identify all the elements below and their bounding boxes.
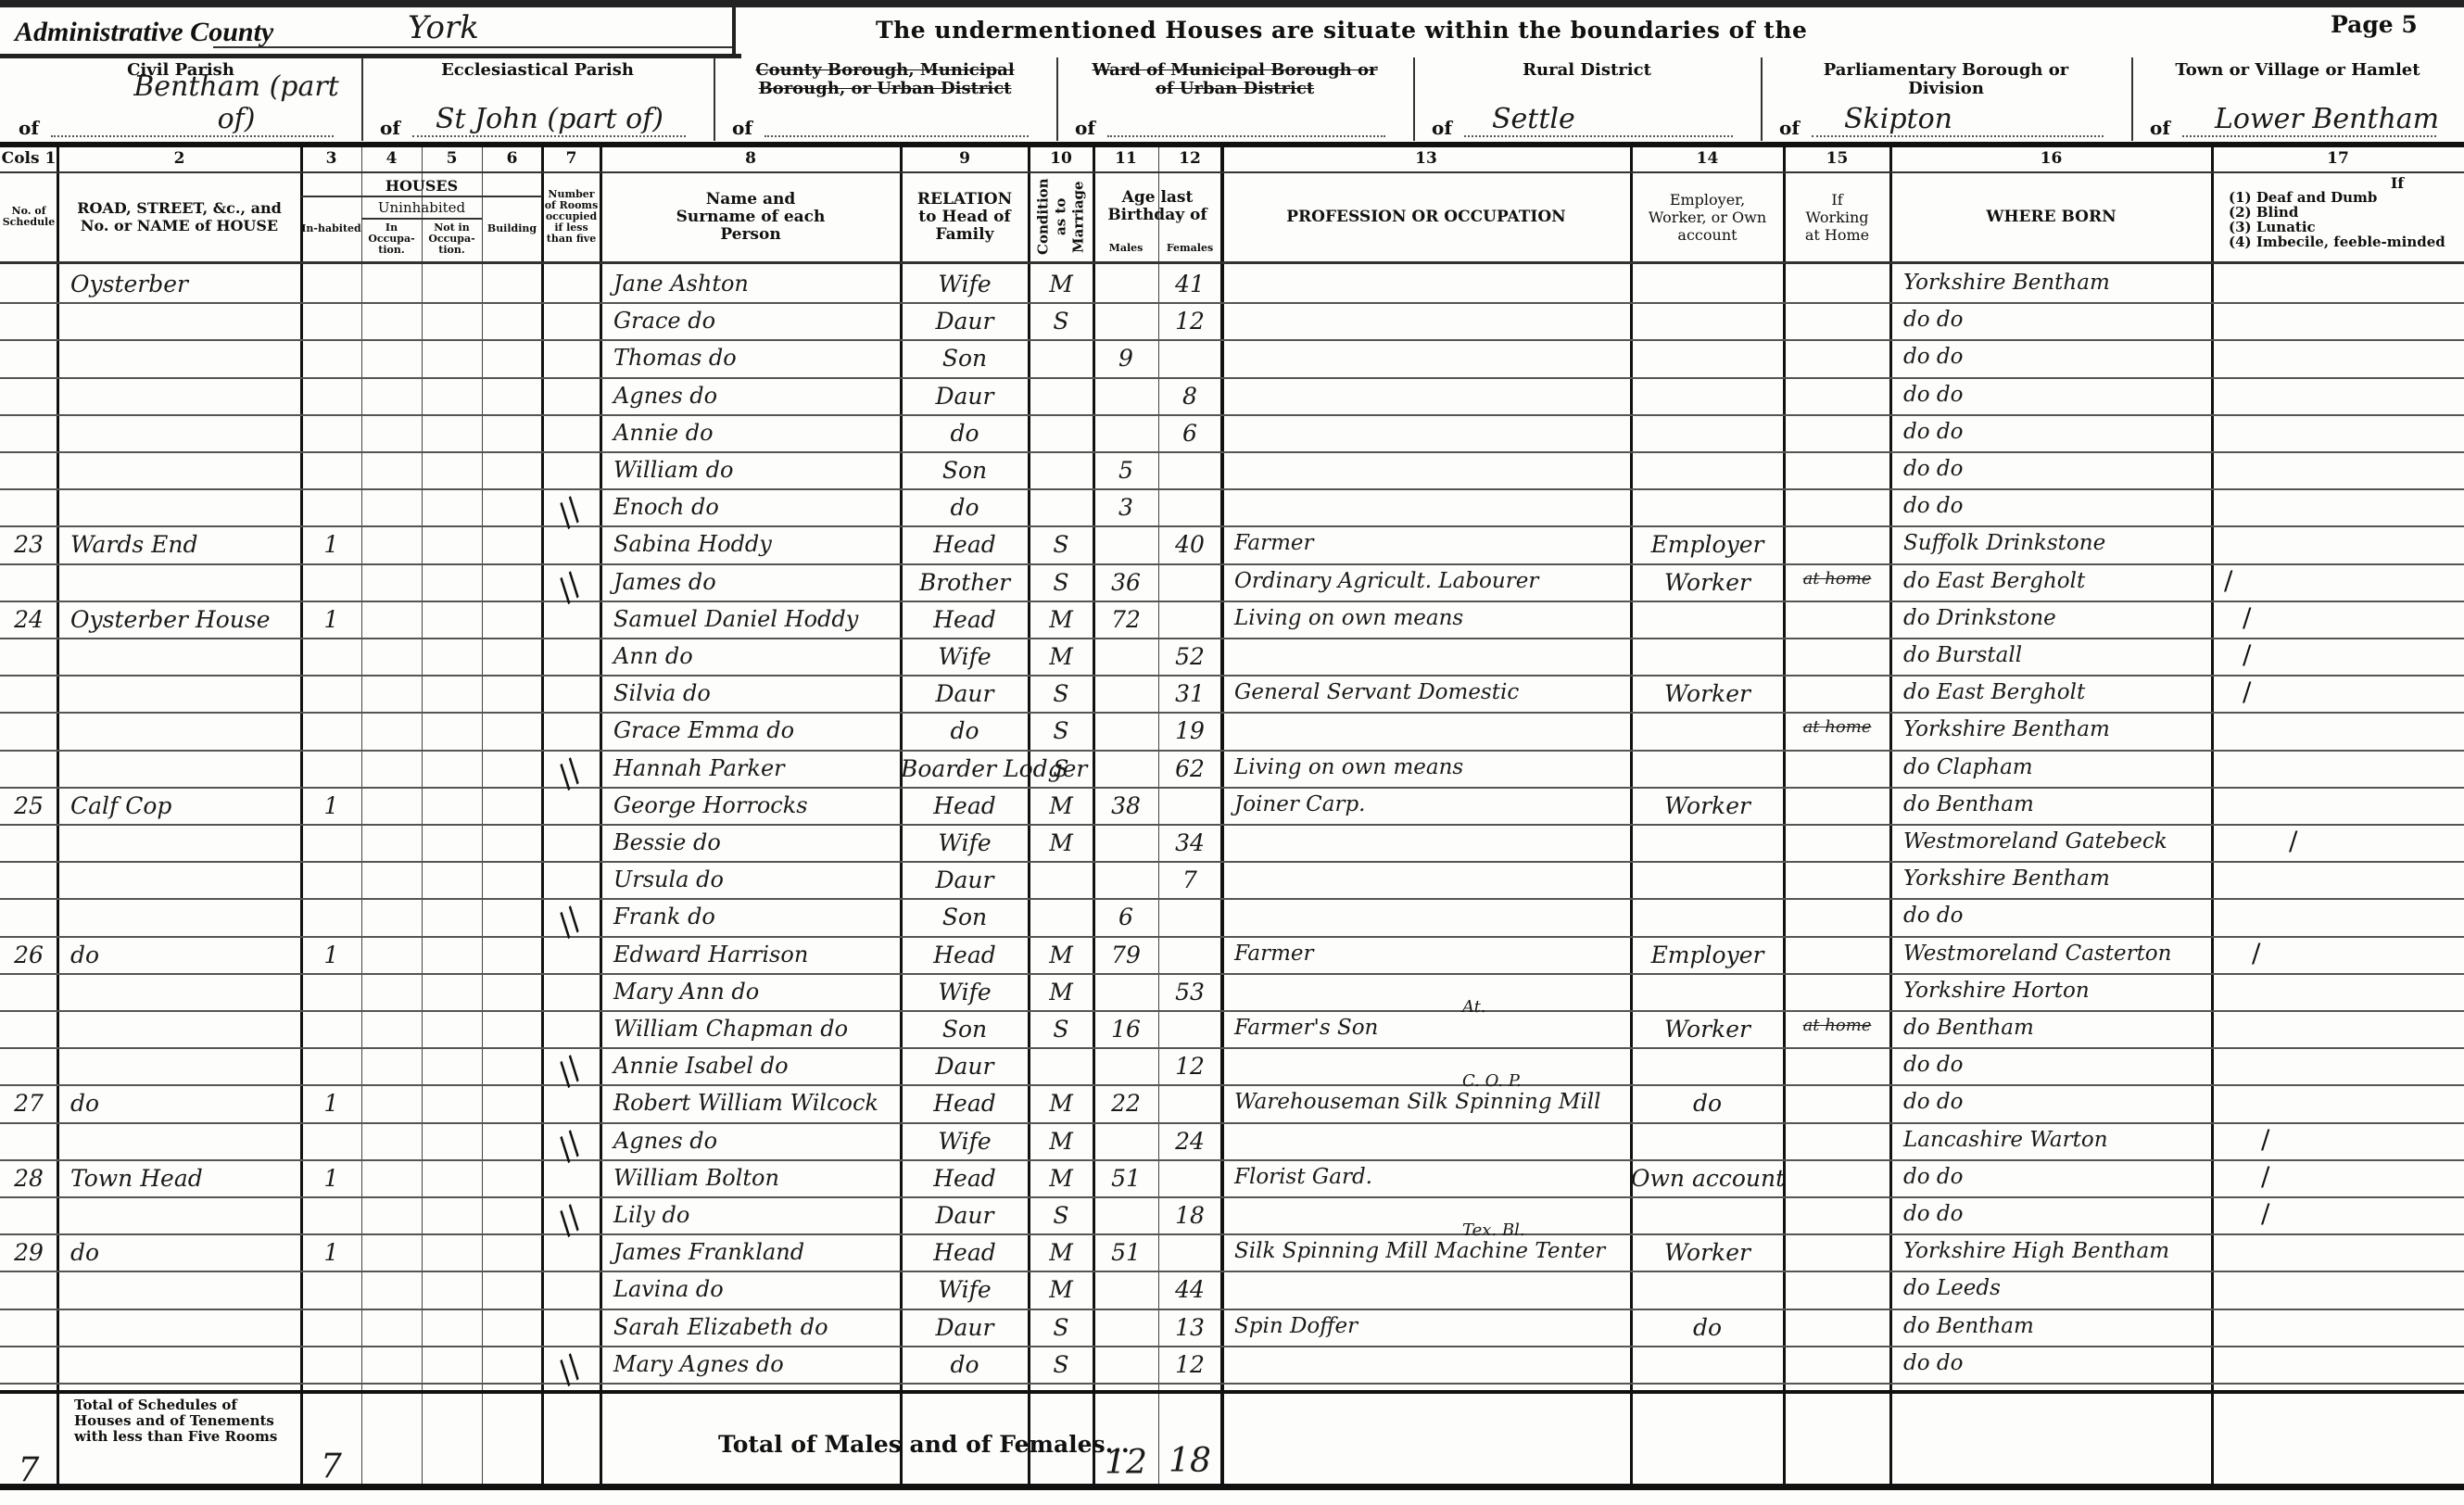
row-rule [0,638,2464,639]
cell-schedule: 23 [0,531,57,558]
cell-condition: S [1029,717,1093,744]
infirmity-header: (1) Deaf and Dumb(2) Blind(3) Lunatic(4)… [2229,190,2460,249]
cell-relation: do [901,420,1029,447]
cell-condition: S [1029,1314,1093,1341]
cell-condition: M [1029,1165,1093,1192]
cell-name: Frank do [613,904,897,930]
cell-relation: Head [901,1239,1029,1266]
cell-occupation: Silk Spinning Mill Machine Tenter [1234,1239,1627,1263]
cell-name: Grace do [613,308,897,334]
cell-schedule: 29 [0,1239,57,1266]
cell-relation: Wife [901,271,1029,297]
infirmity-tick-mark: / [2243,602,2251,633]
row-rule [0,1383,2464,1385]
cell-relation: Daur [901,1053,1029,1080]
area-underline [1464,135,1733,137]
cell-born: Lancashire Warton [1903,1128,2208,1152]
cell-condition: M [1029,792,1093,819]
cell-name: Hannah Parker [613,755,897,781]
schedules-total-label: Total of Schedules of Houses and of Tene… [74,1397,297,1445]
cell-male-age: 5 [1093,457,1158,484]
infirmity-tick-mark: / [2243,677,2251,707]
table-row: Mary Ann doWifeM53Yorkshire Horton [0,979,2464,1010]
area-underline [2182,135,2436,137]
area-value[interactable]: Skipton [1844,103,1952,135]
cell-employer: do [1631,1090,1784,1117]
row-rule [0,563,2464,565]
cell-relation: Head [901,531,1029,558]
cell-name: Bessie do [613,829,897,855]
cell-male-age: 38 [1093,792,1158,819]
cell-condition: M [1029,1090,1093,1117]
cell-born: do do [1903,1090,2208,1114]
area-underline [51,135,334,137]
infirmity-tick-mark: / [2261,1124,2269,1155]
cell-male-age: 51 [1093,1239,1158,1266]
occupation-annotation: At. [1462,997,1486,1017]
cell-relation: Daur [901,308,1029,335]
row-rule [0,861,2464,863]
cell-inhabited: 1 [301,531,361,558]
cell-born: Suffolk Drinkstone [1903,531,2208,555]
cell-name: James Frankland [613,1239,897,1265]
area-label: Ecclesiastical Parish [361,57,714,80]
cell-inhabited: 1 [301,1239,361,1266]
cell-employer: Employer [1631,531,1784,558]
cell-female-age: 12 [1158,1053,1221,1080]
cell-born: do Drinkstone [1903,606,2208,630]
infirmity-option: (4) Imbecile, feeble-minded [2229,234,2460,249]
cell-name: Annie do [613,420,897,446]
column-number: 13 [1221,149,1631,168]
column-number: 3 [301,149,361,168]
cell-at-home: at home [1784,717,1890,737]
cell-employer: Worker [1631,1239,1784,1266]
table-row: 23Wards End1Sabina HoddyHeadS40FarmerEmp… [0,531,2464,563]
cell-relation: Wife [901,1128,1029,1155]
table-row: Sarah Elizabeth doDaurS13Spin Dofferdodo… [0,1314,2464,1346]
admin-county-label: Administrative County [15,17,273,48]
page-top-border [0,0,2464,7]
table-row: Lavina doWifeM44do Leeds [0,1276,2464,1308]
cell-relation: Daur [901,866,1029,893]
cell-born: do Clapham [1903,755,2208,779]
houses-rule [301,196,542,197]
row-rule [0,936,2464,938]
table-row: Mary Agnes dodoS12do do// [0,1351,2464,1383]
cell-born: do do [1903,1053,2208,1077]
table-row: Thomas doSon9do do [0,345,2464,376]
row-rule [0,1010,2464,1012]
cell-male-age: 79 [1093,942,1158,968]
cell-born: do East Bergholt [1903,569,2208,593]
column-number: 8 [600,149,901,168]
males-females-total-label: Total of Males and of Females... [718,1431,1130,1458]
cell-name: William Bolton [613,1165,897,1191]
cell-name: Agnes do [613,383,897,409]
column-number: 17 [2212,149,2464,168]
column-number: 5 [422,149,482,168]
cell-road: Town Head [70,1165,297,1192]
column-header: Number of Rooms occupied if less than fi… [542,175,600,259]
table-row: Bessie doWifeM34Westmoreland Gatebeck [0,829,2464,861]
table-row: OysterberJane AshtonWifeM41Yorkshire Ben… [0,271,2464,302]
area-4: Rural DistrictofSettle [1413,57,1761,143]
cell-born: Yorkshire Bentham [1903,717,2208,741]
cell-born: do do [1903,904,2208,928]
infirmity-tick-mark: / [2261,1161,2269,1192]
row-rule [0,451,2464,453]
row-rule [0,1346,2464,1347]
cell-road: Calf Cop [70,792,297,819]
area-underline [1107,135,1385,137]
header-rule [0,171,2464,173]
cell-born: do do [1903,1202,2208,1226]
row-rule [0,1233,2464,1235]
column-header: Name and Surname of each Person [600,175,901,259]
cell-born: do Bentham [1903,1016,2208,1040]
cell-born: do do [1903,494,2208,518]
cell-name: Ann do [613,643,897,669]
cell-condition: S [1029,1351,1093,1378]
area-value[interactable]: Lower Bentham [2215,103,2439,135]
cell-born: do East Bergholt [1903,680,2208,704]
table-row: Agnes doWifeM24Lancashire Warton// [0,1128,2464,1159]
cell-inhabited: 1 [301,606,361,633]
cell-male-age: 51 [1093,1165,1158,1192]
cell-born: do do [1903,1165,2208,1189]
row-rule [0,675,2464,677]
cell-occupation: Farmer [1234,531,1627,555]
cell-occupation: Warehouseman Silk Spinning Mill [1234,1090,1627,1114]
cell-female-age: 13 [1158,1314,1221,1341]
area-of-label: of [19,117,39,139]
cell-male-age: 6 [1093,904,1158,930]
row-rule [0,601,2464,602]
cell-relation: Daur [901,383,1029,410]
cell-occupation: Farmer [1234,942,1627,966]
table-row: Lily doDaurS18do do// [0,1202,2464,1233]
table-row: 27do1Robert William WilcockHeadM22Wareho… [0,1090,2464,1121]
row-rule [0,898,2464,900]
cell-born: do do [1903,1351,2208,1375]
cell-born: Westmoreland Gatebeck [1903,829,2208,854]
area-label: County Borough, Municipal Borough, or Ur… [714,57,1056,98]
infirmity-tick-mark: / [2243,639,2251,670]
cell-condition: S [1029,1016,1093,1043]
cell-condition: S [1029,680,1093,707]
cell-relation: Son [901,1016,1029,1043]
cell-road: Oysterber [70,271,297,297]
column-number: 4 [361,149,422,168]
area-of-label: of [2150,117,2170,139]
cell-female-age: 40 [1158,531,1221,558]
table-row: James doBrotherS36Ordinary Agricult. Lab… [0,569,2464,601]
cell-born: do do [1903,420,2208,444]
cell-relation: Head [901,606,1029,633]
area-3: Ward of Municipal Borough or of Urban Di… [1056,57,1413,143]
cell-female-age: 31 [1158,680,1221,707]
cell-relation: Head [901,942,1029,968]
cell-road: Oysterber House [70,606,297,633]
area-divider [1761,57,1763,141]
cell-occupation: Living on own means [1234,755,1627,779]
cell-female-age: 41 [1158,271,1221,297]
area-5: Parliamentary Borough or DivisionofSkipt… [1761,57,2131,143]
cell-condition: M [1029,606,1093,633]
cell-condition: M [1029,979,1093,1005]
row-rule [0,414,2464,416]
admin-county-underline [213,46,732,48]
table-row: 24Oysterber House1Samuel Daniel HoddyHea… [0,606,2464,638]
table-row: Hannah ParkerBoarder LodgerS62Living on … [0,755,2464,787]
cell-name: Agnes do [613,1128,897,1154]
column-number: 9 [901,149,1029,168]
area-value[interactable]: Bentham (part of) [111,70,361,135]
cell-relation: Wife [901,829,1029,856]
row-rule [0,1047,2464,1049]
cell-born: do do [1903,308,2208,332]
area-underline [1812,135,2104,137]
header-divider [732,7,736,56]
cell-name: Ursula do [613,866,897,892]
occupation-annotation: Tex. Bl. [1462,1220,1525,1240]
cell-female-age: 53 [1158,979,1221,1005]
cell-born: do Bentham [1903,792,2208,816]
table-row: 25Calf Cop1George HorrocksHeadM38Joiner … [0,792,2464,824]
cell-relation: Son [901,904,1029,930]
cell-born: Yorkshire Horton [1903,979,2208,1003]
column-number: 15 [1784,149,1890,168]
table-row: Annie dodo6do do [0,420,2464,451]
cell-name: George Horrocks [613,792,897,818]
infirmity-option: (1) Deaf and Dumb [2229,190,2460,205]
row-rule [0,377,2464,379]
cell-born: Yorkshire Bentham [1903,271,2208,295]
totals-rule [0,1390,2464,1394]
column-number: 2 [57,149,301,168]
area-of-label: of [1432,117,1452,139]
cell-relation: Daur [901,1202,1029,1229]
cell-occupation: Farmer's Son [1234,1016,1627,1040]
column-header: Females [1158,238,1221,259]
cell-name: Lily do [613,1202,897,1228]
page-number: Page 5 [2331,11,2418,38]
cell-male-age: 16 [1093,1016,1158,1043]
cell-born: do Leeds [1903,1276,2208,1300]
cell-relation: Head [901,1165,1029,1192]
cell-name: Robert William Wilcock [613,1090,897,1116]
cell-schedule: 27 [0,1090,57,1117]
males-total-value: 12 [1093,1444,1158,1482]
table-row: Grace doDaurS12do do [0,308,2464,339]
column-number: Cols 1 [0,149,57,168]
cell-employer: Employer [1631,942,1784,968]
cell-schedule: 24 [0,606,57,633]
area-label: Parliamentary Borough or Division [1761,57,2131,98]
column-header: WHERE BORN [1890,175,2212,259]
cell-employer: Worker [1631,680,1784,707]
cell-relation: Daur [901,680,1029,707]
row-rule [0,787,2464,789]
area-of-label: of [732,117,752,139]
row-rule [0,973,2464,975]
column-header: In Occupa-tion. [361,220,422,259]
area-label: Ward of Municipal Borough or of Urban Di… [1056,57,1413,98]
table-row: 29do1James FranklandHeadM51Silk Spinning… [0,1239,2464,1271]
column-number: 7 [542,149,600,168]
cell-born: do do [1903,383,2208,407]
cell-born: Westmoreland Casterton [1903,942,2208,966]
cell-name: Lavina do [613,1276,897,1302]
area-divider [1056,57,1058,141]
cell-relation: Daur [901,1314,1029,1341]
area-of-label: of [1779,117,1800,139]
row-rule [0,1084,2464,1086]
column-number: 6 [482,149,542,168]
cell-name: Mary Agnes do [613,1351,897,1377]
area-6: Town or Village or HamletofLower Bentham [2131,57,2464,143]
infirmity-option: (3) Lunatic [2229,220,2460,234]
cell-female-age: 18 [1158,1202,1221,1229]
column-header: In-habited [301,198,361,259]
column-header: PROFESSION OR OCCUPATION [1221,175,1631,259]
cell-name: James do [613,569,897,595]
cell-male-age: 72 [1093,606,1158,633]
cell-name: Samuel Daniel Hoddy [613,606,897,632]
cell-male-age: 9 [1093,345,1158,372]
cell-name: William do [613,457,897,483]
cell-female-age: 62 [1158,755,1221,782]
infirmity-tick-mark: / [2261,1198,2269,1229]
area-divider [1413,57,1415,141]
intro-text: The undermentioned Houses are situate wi… [876,17,1807,44]
cell-name: Jane Ashton [613,271,897,297]
cell-employer: do [1631,1314,1784,1341]
header-bottom-rule [0,261,2464,264]
cell-male-age: 22 [1093,1090,1158,1117]
census-table: Cols 1234567891011121314151617No. of Sch… [0,147,2464,1505]
cell-inhabited: 1 [301,792,361,819]
cell-name: Sabina Hoddy [613,531,897,557]
cell-employer: Worker [1631,792,1784,819]
cell-condition: M [1029,1276,1093,1303]
age-header: Age last Birthday of [1093,179,1221,234]
row-rule [0,339,2464,341]
column-header: Building [482,198,542,259]
cell-condition: S [1029,755,1093,782]
area-value[interactable]: St John (part of) [436,103,663,135]
cell-occupation: Ordinary Agricult. Labourer [1234,569,1627,593]
occupation-annotation: C. O. P. [1462,1071,1522,1091]
cell-born: do Burstall [1903,643,2208,667]
cell-occupation: Joiner Carp. [1234,792,1627,816]
cell-road: do [70,1090,297,1117]
column-number: 16 [1890,149,2212,168]
cell-female-age: 52 [1158,643,1221,670]
cell-relation: Head [901,792,1029,819]
table-row: Ann doWifeM52do Burstall [0,643,2464,675]
cell-condition: S [1029,569,1093,596]
column-header: Condition as to Marriage [1029,175,1093,259]
column-header: Employer, Worker, or Own account [1631,175,1784,259]
cell-female-age: 6 [1158,420,1221,447]
cell-name: Grace Emma do [613,717,897,743]
table-row: Frank doSon6do do// [0,904,2464,935]
cell-born: do do [1903,345,2208,369]
column-header: Not in Occupa-tion. [422,220,482,259]
area-2: County Borough, Municipal Borough, or Ur… [714,57,1056,143]
area-divider [361,57,363,141]
cell-male-age: 3 [1093,494,1158,521]
cell-female-age: 8 [1158,383,1221,410]
row-rule [0,525,2464,527]
table-row: William doSon5do do [0,457,2464,488]
cell-relation: Wife [901,979,1029,1005]
cell-name: Sarah Elizabeth do [613,1314,897,1340]
cell-employer: Own account [1631,1165,1784,1192]
table-row: Grace Emma dodoS19at homeYorkshire Benth… [0,717,2464,749]
area-0: Civil ParishofBentham (part of) [0,57,361,143]
row-rule [0,302,2464,304]
infirmity-tick-mark: / [2224,565,2232,596]
cell-born: do Bentham [1903,1314,2208,1338]
table-row: William Chapman doSonS16Farmer's SonWork… [0,1016,2464,1047]
cell-female-age: 12 [1158,1351,1221,1378]
column-header: No. of Schedule [0,175,57,259]
admin-county-value: York [408,9,479,46]
column-number: 12 [1158,149,1221,168]
cell-occupation: Spin Doffer [1234,1314,1627,1338]
row-rule [0,1196,2464,1198]
cell-relation: Son [901,457,1029,484]
area-divider [2131,57,2133,141]
cell-born: do do [1903,457,2208,481]
cell-inhabited: 1 [301,1090,361,1117]
area-divider [714,57,715,141]
cell-schedule: 26 [0,942,57,968]
cell-employer: Worker [1631,569,1784,596]
area-underline [764,135,1029,137]
census-page: Administrative County York The underment… [0,0,2464,1505]
cell-road: Wards End [70,531,297,558]
table-row: 28Town Head1William BoltonHeadM51Florist… [0,1165,2464,1196]
table-row: Ursula doDaur7Yorkshire Bentham [0,866,2464,898]
cell-condition: M [1029,829,1093,856]
cell-relation: do [901,1351,1029,1378]
area-of-label: of [1075,117,1095,139]
area-of-label: of [380,117,400,139]
table-row: Silvia doDaurS31General Servant Domestic… [0,680,2464,712]
row-rule [0,488,2464,490]
row-rule [0,1271,2464,1272]
area-1: Ecclesiastical ParishofSt John (part of) [361,57,714,143]
area-label: Town or Village or Hamlet [2131,57,2464,80]
cell-born: Yorkshire High Bentham [1903,1239,2208,1263]
houses-header: HOUSES [301,175,542,196]
bottom-rule [0,1484,2464,1490]
cell-male-age: 36 [1093,569,1158,596]
cell-female-age: 34 [1158,829,1221,856]
column-header: RELATION to Head of Family [901,175,1029,259]
cell-inhabited: 1 [301,942,361,968]
row-rule [0,750,2464,752]
area-value[interactable]: Settle [1492,103,1575,135]
cell-relation: Boarder Lodger [901,755,1029,782]
column-header: Males [1093,238,1158,259]
cell-name: William Chapman do [613,1016,897,1042]
cell-female-age: 24 [1158,1128,1221,1155]
